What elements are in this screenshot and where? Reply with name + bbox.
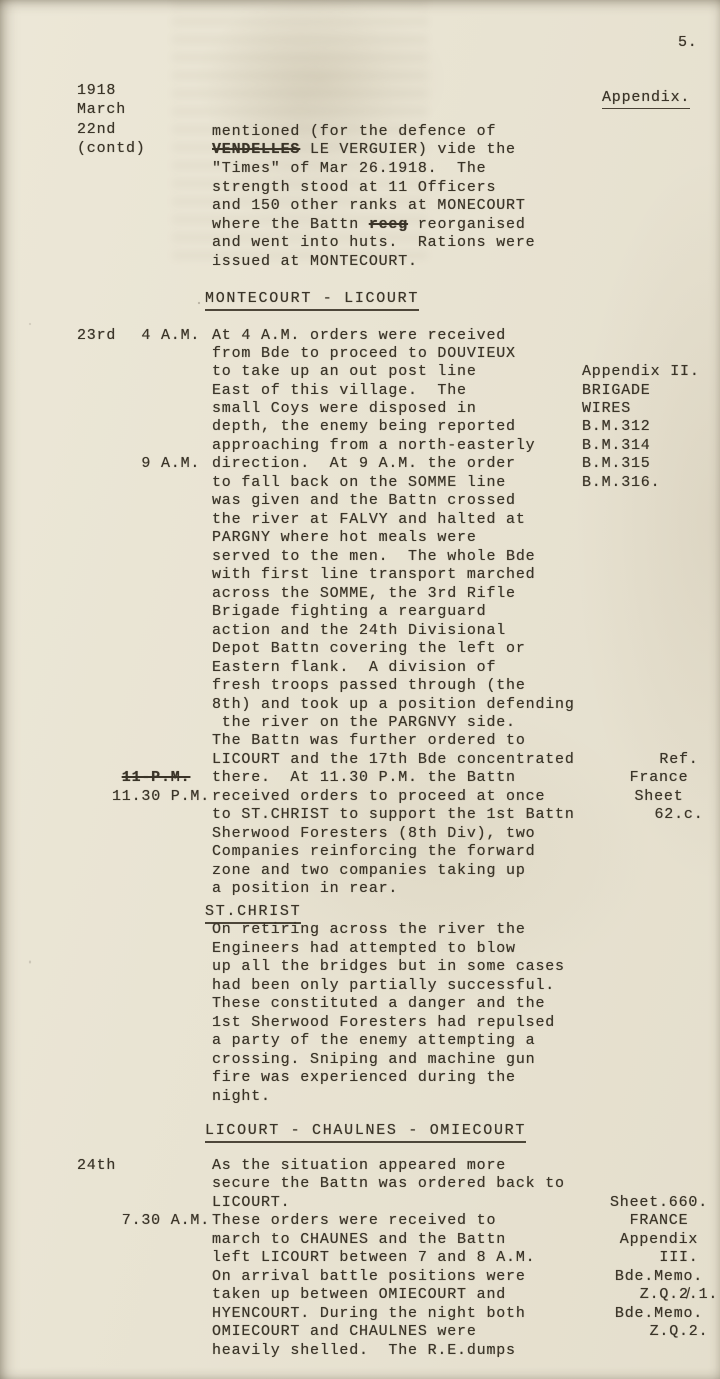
body-text: issued at MONTECOURT. <box>212 252 418 271</box>
margin-note: Bde.Memo. <box>582 1304 720 1323</box>
body-text: East of this village. The <box>212 381 467 400</box>
text-line: across the SOMME, the 3rd Rifle <box>0 584 720 604</box>
text-line: where the Battn reeg reorganised <box>0 215 720 235</box>
text-line: ST.CHRIST <box>0 902 720 922</box>
body-text: and 150 other ranks at MONECOURT <box>212 196 526 215</box>
body-text: left LICOURT between 7 and 8 A.M. <box>212 1248 535 1267</box>
body-text: night. <box>212 1087 271 1106</box>
body-text: action and the 24th Divisional <box>212 621 506 640</box>
body-text: the river on the PARGNVY side. <box>212 713 516 732</box>
text-line: 7.30 A.M.These orders were received toFR… <box>0 1211 720 1231</box>
body-text: small Coys were disposed in <box>212 399 477 418</box>
time-label: 9 A.M. <box>75 454 210 473</box>
body-text: As the situation appeared more <box>212 1156 506 1175</box>
margin-note: Appendix II. <box>582 362 708 381</box>
text-line: strength stood at 11 Officers <box>0 178 720 198</box>
text-line: night. <box>0 1087 720 1107</box>
margin-note: Z.Q.2. <box>582 1322 720 1341</box>
text-line: Depot Battn covering the left or <box>0 639 720 659</box>
text-line: Engineers had attempted to blow <box>0 939 720 959</box>
text-line: mentioned (for the defence of <box>0 122 720 142</box>
body-text: Depot Battn covering the left or <box>212 639 526 658</box>
margin-note: B.M.314 <box>582 436 708 455</box>
text-line: heavily shelled. The R.E.dumps <box>0 1341 720 1361</box>
date-year: 1918 <box>77 81 116 100</box>
text-line: 8th) and took up a position defending <box>0 695 720 715</box>
text-line: The Battn was further ordered to <box>0 731 720 751</box>
body-text: On arrival battle positions were <box>212 1267 526 1286</box>
text-line: Brigade fighting a rearguard <box>0 602 720 622</box>
time-label: 7.30 A.M. <box>75 1211 210 1230</box>
body-text: The Battn was further ordered to <box>212 731 526 750</box>
text-line: to ST.CHRIST to support the 1st Battn62.… <box>0 805 720 825</box>
margin-note: France <box>582 768 720 787</box>
section-heading: LICOURT - CHAULNES - OMIECOURT <box>205 1121 526 1143</box>
text-line: LICOURT and the 17th Bde concentratedRef… <box>0 750 720 770</box>
text-line: approaching from a north-easterlyB.M.314 <box>0 436 720 456</box>
body-text: At 4 A.M. orders were received <box>212 326 506 345</box>
text-line: On arrival battle positions wereBde.Memo… <box>0 1267 720 1287</box>
body-text: These constituted a danger and the <box>212 994 545 1013</box>
body-text: across the SOMME, the 3rd Rifle <box>212 584 516 603</box>
margin-note: WIRES <box>582 399 708 418</box>
text-line: secure the Battn was ordered back to <box>0 1174 720 1194</box>
body-text: PARGNY where hot meals were <box>212 528 477 547</box>
text-line: MONTECOURT - LICOURT <box>0 289 720 309</box>
body-text: received orders to proceed at once <box>212 787 545 806</box>
margin-note: Sheet.660. <box>582 1193 720 1212</box>
body-text: from Bde to proceed to DOUVIEUX <box>212 344 516 363</box>
body-text: was given and the Battn crossed <box>212 491 516 510</box>
body-text: to take up an out post line <box>212 362 477 381</box>
body-text: zone and two companies taking up <box>212 861 526 880</box>
margin-note: B.M.316. <box>582 473 708 492</box>
body-text: up all the bridges but in some cases <box>212 957 565 976</box>
section-heading: MONTECOURT - LICOURT <box>205 289 419 311</box>
body-text: to fall back on the SOMME line <box>212 473 506 492</box>
time-label: 11.30 P.M. <box>75 787 210 806</box>
text-line: VENDELLES LE VERGUIER) vide the <box>0 140 720 160</box>
text-line: fire was experienced during the <box>0 1068 720 1088</box>
body-text: strength stood at 11 Officers <box>212 178 496 197</box>
body-text: "Times" of Mar 26.1918. The <box>212 159 486 178</box>
text-line: Sherwood Foresters (8th Div), two <box>0 824 720 844</box>
struck-text: 11-P.M. <box>122 769 191 786</box>
text-line: "Times" of Mar 26.1918. The <box>0 159 720 179</box>
margin-note: Sheet <box>582 787 720 806</box>
body-text: Engineers had attempted to blow <box>212 939 516 958</box>
body-text: secure the Battn was ordered back to <box>212 1174 565 1193</box>
text-line: a position in rear. <box>0 879 720 899</box>
text-line: action and the 24th Divisional <box>0 621 720 641</box>
text-line: 24thAs the situation appeared more <box>0 1156 720 1176</box>
body-text: with first line transport marched <box>212 565 535 584</box>
margin-note: B.M.315 <box>582 454 708 473</box>
body-text: 1st Sherwood Foresters had repulsed <box>212 1013 555 1032</box>
text-line: from Bde to proceed to DOUVIEUX <box>0 344 720 364</box>
margin-note: B.M.312 <box>582 417 708 436</box>
text-line: LICOURT - CHAULNES - OMIECOURT <box>0 1121 720 1141</box>
body-text: Brigade fighting a rearguard <box>212 602 486 621</box>
body-text: approaching from a north-easterly <box>212 436 535 455</box>
text-line: with first line transport marched <box>0 565 720 585</box>
body-text: mentioned (for the defence of <box>212 122 496 141</box>
text-line: LICOURT.Sheet.660. <box>0 1193 720 1213</box>
text-line: These constituted a danger and the <box>0 994 720 1014</box>
struck-text: VENDELLES <box>212 141 300 158</box>
date-label: 24th <box>77 1156 116 1175</box>
appendix-header-label: Appendix. <box>602 88 690 109</box>
body-text: Companies reinforcing the forward <box>212 842 535 861</box>
text-line: 23rd4 A.M. At 4 A.M. orders were receive… <box>0 326 720 346</box>
body-text: the river at FALVY and halted at <box>212 510 526 529</box>
body-text: OMIECOURT and CHAULNES were <box>212 1322 477 1341</box>
text-line: issued at MONTECOURT. <box>0 252 720 272</box>
paper-page: 5. Appendix. 1918 March 22nd (contd) men… <box>0 0 720 1379</box>
margin-note: Z.Q.2̸.1. <box>582 1285 720 1304</box>
body-text: Eastern flank. A division of <box>212 658 496 677</box>
body-text: served to the men. The whole Bde <box>212 547 535 566</box>
body-text: Sherwood Foresters (8th Div), two <box>212 824 535 843</box>
text-line: march to CHAUNES and the BattnAppendix <box>0 1230 720 1250</box>
page-number: 5. <box>678 33 698 52</box>
body-text: to ST.CHRIST to support the 1st Battn <box>212 805 575 824</box>
body-text: had been only partially successful. <box>212 976 555 995</box>
time-label: 11-P.M. <box>75 768 210 787</box>
text-line: was given and the Battn crossed <box>0 491 720 511</box>
text-line: up all the bridges but in some cases <box>0 957 720 977</box>
margin-note: FRANCE <box>582 1211 720 1230</box>
text-line: served to the men. The whole Bde <box>0 547 720 567</box>
body-text: fresh troops passed through (the <box>212 676 526 695</box>
body-text: fire was experienced during the <box>212 1068 516 1087</box>
text-line: 11-P.M. there. At 11.30 P.M. the BattnFr… <box>0 768 720 788</box>
body-text: a party of the enemy attempting a <box>212 1031 535 1050</box>
text-line: the river on the PARGNVY side. <box>0 713 720 733</box>
text-line: zone and two companies taking up <box>0 861 720 881</box>
text-line: Eastern flank. A division of <box>0 658 720 678</box>
body-text: crossing. Sniping and machine gun <box>212 1050 535 1069</box>
body-text: These orders were received to <box>212 1211 496 1230</box>
text-line: the river at FALVY and halted at <box>0 510 720 530</box>
text-line: Companies reinforcing the forward <box>0 842 720 862</box>
text-line: PARGNY where hot meals were <box>0 528 720 548</box>
text-line: to take up an out post lineAppendix II. <box>0 362 720 382</box>
text-line: 9 A.M. direction. At 9 A.M. the orderB.M… <box>0 454 720 474</box>
text-line: and went into huts. Rations were <box>0 233 720 253</box>
text-line: to fall back on the SOMME lineB.M.316. <box>0 473 720 493</box>
text-line: fresh troops passed through (the <box>0 676 720 696</box>
margin-note: 62.c. <box>582 805 720 824</box>
body-text: On retiring across the river the <box>212 920 526 939</box>
body-text: direction. At 9 A.M. the order <box>212 454 516 473</box>
margin-note: Appendix <box>582 1230 720 1249</box>
text-line: On retiring across the river the <box>0 920 720 940</box>
text-line: East of this village. TheBRIGADE <box>0 381 720 401</box>
body-text: and went into huts. Rations were <box>212 233 535 252</box>
body-text: depth, the enemy being reported <box>212 417 516 436</box>
body-text: VENDELLES LE VERGUIER) vide the <box>212 140 516 159</box>
body-text: there. At 11.30 P.M. the Battn <box>212 768 516 787</box>
body-text: where the Battn reeg reorganised <box>212 215 526 234</box>
margin-note: Bde.Memo. <box>582 1267 720 1286</box>
body-text: a position in rear. <box>212 879 398 898</box>
margin-note: III. <box>582 1248 720 1267</box>
body-text: heavily shelled. The R.E.dumps <box>212 1341 516 1360</box>
margin-note: BRIGADE <box>582 381 708 400</box>
body-text: 8th) and took up a position defending <box>212 695 575 714</box>
text-line: had been only partially successful. <box>0 976 720 996</box>
text-line: crossing. Sniping and machine gun <box>0 1050 720 1070</box>
text-line: OMIECOURT and CHAULNES wereZ.Q.2. <box>0 1322 720 1342</box>
struck-text: reeg <box>369 216 408 233</box>
body-text: march to CHAUNES and the Battn <box>212 1230 506 1249</box>
text-line: small Coys were disposed inWIRES <box>0 399 720 419</box>
body-text: taken up between OMIECOURT and <box>212 1285 506 1304</box>
text-line: HYENCOURT. During the night bothBde.Memo… <box>0 1304 720 1324</box>
text-line: taken up between OMIECOURT andZ.Q.2̸.1. <box>0 1285 720 1305</box>
text-line: and 150 other ranks at MONECOURT <box>0 196 720 216</box>
body-text: LICOURT and the 17th Bde concentrated <box>212 750 575 769</box>
body-text: HYENCOURT. During the night both <box>212 1304 526 1323</box>
text-line: a party of the enemy attempting a <box>0 1031 720 1051</box>
text-line: 1st Sherwood Foresters had repulsed <box>0 1013 720 1033</box>
margin-note: Ref. <box>582 750 720 769</box>
text-line: left LICOURT between 7 and 8 A.M.III. <box>0 1248 720 1268</box>
text-line: depth, the enemy being reportedB.M.312 <box>0 417 720 437</box>
body-text: LICOURT. <box>212 1193 290 1212</box>
date-month: March <box>77 100 126 119</box>
text-line: 11.30 P.M.received orders to proceed at … <box>0 787 720 807</box>
time-label: 4 A.M. <box>75 326 210 345</box>
